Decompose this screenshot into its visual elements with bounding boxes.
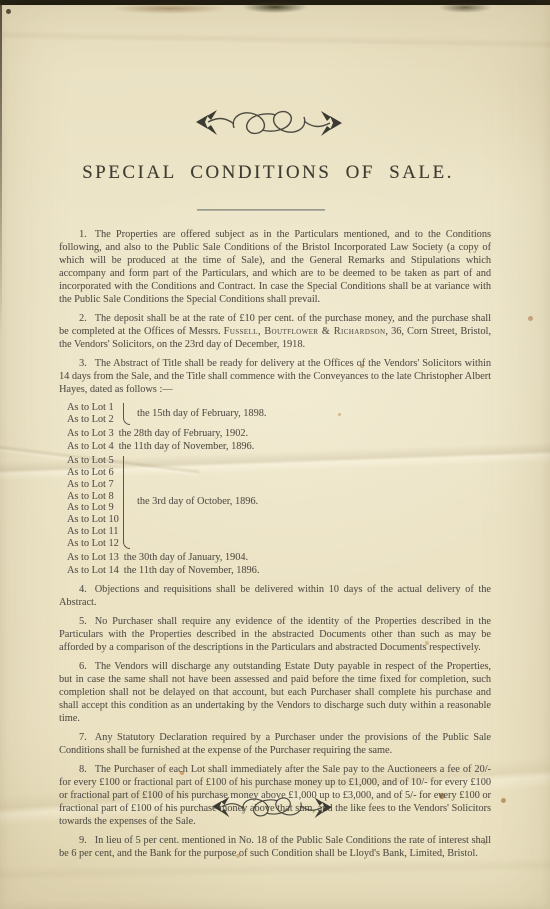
lot-date: the 3rd day of October, 1896. [137, 496, 258, 508]
scan-edge-top [0, 0, 550, 5]
paragraph-text: The Properties are offered subject as in… [59, 229, 491, 305]
lot-label: As to Lot 13 [67, 552, 119, 563]
lot-label: As to Lot 1 [67, 402, 121, 414]
lot-group-brace [123, 403, 130, 425]
paragraph-text: Any Statutory Declaration required by a … [59, 732, 491, 756]
paragraphs-top: 1.The Properties are offered subject as … [59, 228, 491, 396]
document-body: 1.The Properties are offered subject as … [59, 228, 491, 866]
lot-row: As to Lot 3the 28th day of February, 190… [67, 428, 491, 440]
paper-crease [0, 22, 550, 56]
paragraph-number: 4. [69, 583, 87, 596]
paragraph: 3.The Abstract of Title shall be ready f… [59, 357, 491, 396]
foxing-spot [501, 798, 506, 803]
lot-date: the 11th day of November, 1896. [119, 441, 255, 452]
paragraph-number: 1. [69, 228, 87, 241]
paragraph-text: The Vendors will discharge any outstandi… [59, 661, 491, 724]
paragraph-text: In lieu of 5 per cent. mentioned in No. … [59, 835, 491, 859]
scanned-document-page: SPECIAL CONDITIONS OF SALE. 1.The Proper… [0, 0, 550, 909]
lot-group-labels: As to Lot 5As to Lot 6As to Lot 7As to L… [67, 455, 121, 549]
lot-date: the 11th day of November, 1896. [124, 565, 260, 576]
lot-label: As to Lot 4 [67, 441, 114, 452]
lot-label: As to Lot 2 [67, 414, 121, 426]
floral-flourish-ornament-bottom [211, 793, 334, 824]
paragraph-text: Objections and requisitions shall be del… [59, 584, 491, 608]
lot-label: As to Lot 7 [67, 479, 121, 491]
lot-group-brace [123, 456, 130, 548]
paragraph: 1.The Properties are offered subject as … [59, 228, 491, 306]
lot-label: As to Lot 5 [67, 455, 121, 467]
lot-label: As to Lot 9 [67, 502, 121, 514]
lot-date: the 30th day of January, 1904. [124, 552, 248, 563]
paragraph-number: 8. [69, 763, 87, 776]
document-title: SPECIAL CONDITIONS OF SALE. [0, 162, 536, 184]
foxing-spot [528, 316, 533, 321]
paragraph-number: 2. [69, 312, 87, 325]
lot-label: As to Lot 10 [67, 514, 121, 526]
lot-label: As to Lot 14 [67, 565, 119, 576]
paragraph: 4.Objections and requisitions shall be d… [59, 583, 491, 609]
floral-flourish-ornament-top [194, 106, 344, 144]
lot-row: As to Lot 4the 11th day of November, 189… [67, 441, 491, 453]
lot-group: As to Lot 5As to Lot 6As to Lot 7As to L… [67, 455, 491, 549]
paragraph-number: 7. [69, 731, 87, 744]
paragraph-number: 3. [69, 357, 87, 370]
lot-label: As to Lot 12 [67, 538, 121, 550]
lot-label: As to Lot 3 [67, 428, 114, 439]
paragraph: 5.No Purchaser shall require any evidenc… [59, 615, 491, 654]
lot-group-labels: As to Lot 1As to Lot 2 [67, 402, 121, 426]
lot-label: As to Lot 8 [67, 491, 121, 503]
paragraph-text: Fussell, Boutflower & Richardson [224, 326, 386, 337]
lot-row: As to Lot 13the 30th day of January, 190… [67, 552, 491, 564]
paragraph-number: 6. [69, 660, 87, 673]
foxing-spot [6, 9, 11, 14]
lot-row: As to Lot 14the 11th day of November, 18… [67, 565, 491, 577]
lots-list: As to Lot 1As to Lot 2the 15th day of Fe… [67, 402, 491, 577]
paragraph-number: 9. [69, 834, 87, 847]
paragraph: 7.Any Statutory Declaration required by … [59, 731, 491, 757]
paragraph: 9.In lieu of 5 per cent. mentioned in No… [59, 834, 491, 860]
title-rule [197, 209, 325, 211]
paragraph: 6.The Vendors will discharge any outstan… [59, 660, 491, 725]
lot-date: the 15th day of February, 1898. [137, 408, 266, 420]
lot-group: As to Lot 1As to Lot 2the 15th day of Fe… [67, 402, 491, 426]
paragraph: 2.The deposit shall be at the rate of £1… [59, 312, 491, 351]
lot-label: As to Lot 11 [67, 526, 121, 538]
paragraph-text: No Purchaser shall require any evidence … [59, 616, 491, 653]
lot-label: As to Lot 6 [67, 467, 121, 479]
lot-date: the 28th day of February, 1902. [119, 428, 248, 439]
paragraph-number: 5. [69, 615, 87, 628]
paragraph-text: The Abstract of Title shall be ready for… [59, 358, 491, 395]
